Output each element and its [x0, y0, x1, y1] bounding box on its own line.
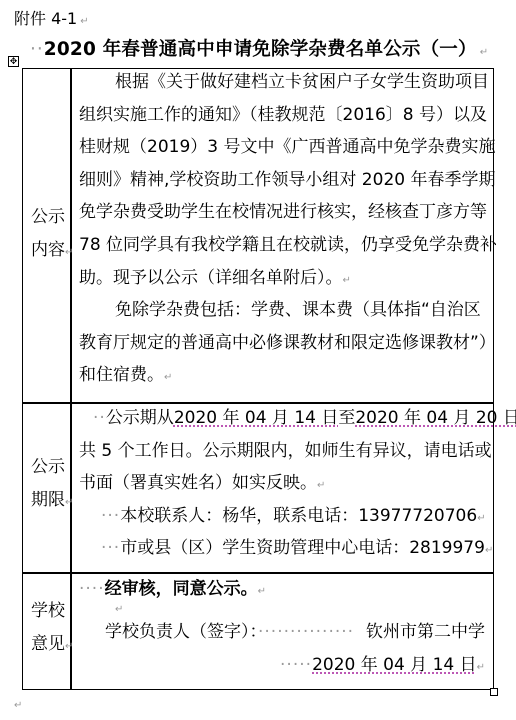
row-label-content: 公示 内容↵ [31, 201, 71, 269]
attachment-label: 附件 4-1↵ [14, 8, 89, 33]
contact-line: ···市或县（区）学生资助管理中心电话：2819979↵ [79, 532, 516, 565]
school-name: 钦州市第二中学 [366, 616, 485, 649]
approval-text: 经审核，同意公示。 [105, 579, 258, 599]
period-cell[interactable]: ··公示期从2020 年 04 月 14 日至2020 年 04 月 20 日，… [79, 402, 516, 565]
row-label-opinion: 学校 意见↵ [31, 595, 71, 663]
leading-space-marks: ·· [30, 39, 44, 60]
page-title: ··2020 年春普通高中申请免除学杂费名单公示（一）↵ [30, 38, 488, 65]
table-move-handle-icon[interactable]: ✥ [8, 56, 19, 67]
table-resize-handle-icon[interactable] [490, 688, 498, 696]
paragraph-mark-icon: ↵ [480, 47, 489, 58]
contact-line: ···本校联系人：杨华，联系电话：13977720706↵ [79, 500, 516, 533]
sign-date: 2020 年 04 月 14 日 [312, 655, 477, 675]
content-cell[interactable]: 根据《关于做好建档立卡贫困户子女学生资助项目 组织实施工作的通知》（桂教规范〔2… [79, 66, 497, 392]
paragraph-mark-icon: ↵ [80, 16, 88, 27]
paragraph-mark-icon: ↵ [14, 700, 22, 711]
row-label-period: 公示 期限↵ [31, 451, 71, 519]
opinion-cell[interactable]: ····经审核，同意公示。↵ ↵ 学校负责人（签字）：·············… [79, 572, 489, 681]
notice-table: 公示 内容↵ 根据《关于做好建档立卡贫困户子女学生资助项目 组织实施工作的通知》… [22, 68, 494, 690]
signer-label: 学校负责人（签字）： [105, 622, 258, 642]
